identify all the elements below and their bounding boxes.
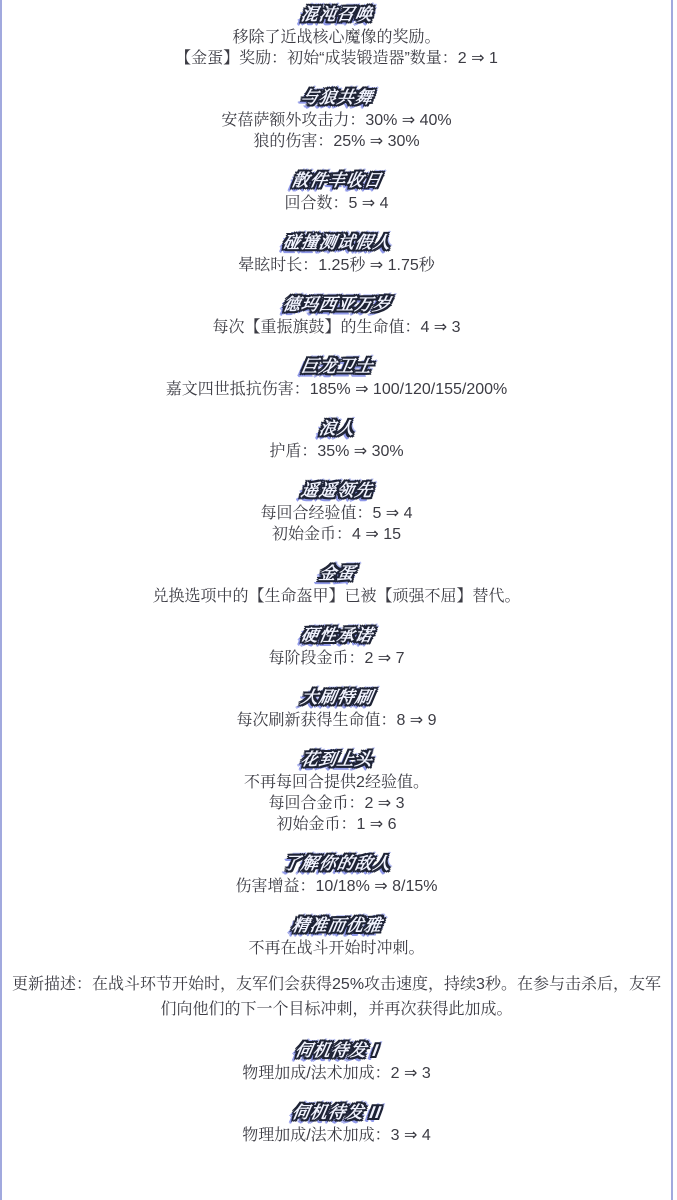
augment-title: 花到上头 [6, 751, 667, 769]
change-line: 回合数：5 ⇒ 4 [6, 193, 667, 214]
augment-title: 金蛋 [6, 565, 667, 583]
augment-title: 碰撞测试假人 [6, 234, 667, 252]
patch-section-12: 了解你的敌人 伤害增益：10/18% ⇒ 8/15% [6, 855, 667, 897]
patch-section-2: 散件丰收日 回合数：5 ⇒ 4 [6, 172, 667, 214]
augment-title: 精准而优雅 [6, 917, 667, 935]
patch-section-10: 大刷特刷 每次刷新获得生命值：8 ⇒ 9 [6, 689, 667, 731]
augment-title-text: 遥遥领先 [299, 482, 374, 500]
augment-title: 散件丰收日 [6, 172, 667, 190]
patch-section-7: 遥遥领先 每回合经验值：5 ⇒ 4初始金币：4 ⇒ 15 [6, 482, 667, 545]
change-line: 每阶段金币：2 ⇒ 7 [6, 648, 667, 669]
augment-title: 硬性承诺 [6, 627, 667, 645]
augment-title-text: 散件丰收日 [290, 172, 383, 190]
patch-section-1: 与狼共舞 安蓓萨额外攻击力：30% ⇒ 40%狼的伤害：25% ⇒ 30% [6, 89, 667, 152]
change-line: 护盾：35% ⇒ 30% [6, 441, 667, 462]
augment-title: 德玛西亚万岁 [6, 296, 667, 314]
change-line: 每回合经验值：5 ⇒ 4 [6, 503, 667, 524]
augment-title-text: 巨龙卫士 [299, 358, 374, 376]
augment-title-text: 精准而优雅 [290, 917, 383, 935]
patch-notes-page: 混沌召唤 移除了近战核心魔像的奖励。【金蛋】奖励：初始“成装锻造器”数量：2 ⇒… [0, 0, 673, 1200]
augment-title-text: 硬性承诺 [299, 627, 374, 645]
augment-title: 与狼共舞 [6, 89, 667, 107]
change-line: 初始金币：1 ⇒ 6 [6, 814, 667, 835]
change-line: 不再每回合提供2经验值。 [6, 772, 667, 793]
change-line: 晕眩时长：1.25秒 ⇒ 1.75秒 [6, 255, 667, 276]
change-line: 狼的伤害：25% ⇒ 30% [6, 131, 667, 152]
patch-section-5: 巨龙卫士 嘉文四世抵抗伤害：185% ⇒ 100/120/155/200% [6, 358, 667, 400]
change-line: 物理加成/法术加成：2 ⇒ 3 [6, 1063, 667, 1084]
augment-title-text: 浪人 [317, 420, 356, 438]
augment-title: 伺机待发 II [6, 1104, 667, 1122]
change-line: 每次【重振旗鼓】的生命值：4 ⇒ 3 [6, 317, 667, 338]
patch-section-6: 浪人 护盾：35% ⇒ 30% [6, 420, 667, 462]
augment-title: 伺机待发 I [6, 1042, 667, 1060]
patch-section-13: 精准而优雅 不再在战斗开始时冲刺。更新描述：在战斗环节开始时，友军们会获得25%… [6, 917, 667, 1022]
patch-section-11: 花到上头 不再每回合提供2经验值。每回合金币：2 ⇒ 3初始金币：1 ⇒ 6 [6, 751, 667, 835]
change-line: 移除了近战核心魔像的奖励。 [6, 27, 667, 48]
augment-title: 浪人 [6, 420, 667, 438]
augment-title: 混沌召唤 [6, 6, 667, 24]
patch-section-15: 伺机待发 II 物理加成/法术加成：3 ⇒ 4 [6, 1104, 667, 1146]
change-line: 【金蛋】奖励：初始“成装锻造器”数量：2 ⇒ 1 [6, 48, 667, 69]
change-line: 嘉文四世抵抗伤害：185% ⇒ 100/120/155/200% [6, 379, 667, 400]
augment-title-text: 德玛西亚万岁 [281, 296, 392, 314]
change-line: 每回合金币：2 ⇒ 3 [6, 793, 667, 814]
change-line: 兑换选项中的【生命盔甲】已被【顽强不屈】替代。 [6, 586, 667, 607]
change-line: 不再在战斗开始时冲刺。 [6, 938, 667, 959]
patch-section-9: 硬性承诺 每阶段金币：2 ⇒ 7 [6, 627, 667, 669]
change-line: 初始金币：4 ⇒ 15 [6, 524, 667, 545]
patch-section-0: 混沌召唤 移除了近战核心魔像的奖励。【金蛋】奖励：初始“成装锻造器”数量：2 ⇒… [6, 6, 667, 69]
change-line: 安蓓萨额外攻击力：30% ⇒ 40% [6, 110, 667, 131]
patch-section-3: 碰撞测试假人 晕眩时长：1.25秒 ⇒ 1.75秒 [6, 234, 667, 276]
augment-title-text: 混沌召唤 [299, 6, 374, 24]
augment-title-text: 花到上头 [299, 751, 374, 769]
augment-title: 遥遥领先 [6, 482, 667, 500]
change-line: 每次刷新获得生命值：8 ⇒ 9 [6, 710, 667, 731]
change-line: 物理加成/法术加成：3 ⇒ 4 [6, 1125, 667, 1146]
patch-section-4: 德玛西亚万岁 每次【重振旗鼓】的生命值：4 ⇒ 3 [6, 296, 667, 338]
augment-title-text: 伺机待发 I [293, 1042, 380, 1060]
augment-title-text: 大刷特刷 [299, 689, 374, 707]
augment-title: 巨龙卫士 [6, 358, 667, 376]
augment-title-text: 金蛋 [317, 565, 356, 583]
augment-title: 了解你的敌人 [6, 855, 667, 873]
augment-title-text: 伺机待发 II [290, 1104, 382, 1122]
patch-section-8: 金蛋 兑换选项中的【生命盔甲】已被【顽强不屈】替代。 [6, 565, 667, 607]
augment-title: 大刷特刷 [6, 689, 667, 707]
augment-title-text: 了解你的敌人 [281, 855, 392, 873]
augment-title-text: 碰撞测试假人 [281, 234, 392, 252]
augment-title-text: 与狼共舞 [299, 89, 374, 107]
change-line: 更新描述：在战斗环节开始时，友军们会获得25%攻击速度，持续3秒。在参与击杀后，… [6, 972, 667, 1022]
change-line: 伤害增益：10/18% ⇒ 8/15% [6, 876, 667, 897]
patch-section-14: 伺机待发 I 物理加成/法术加成：2 ⇒ 3 [6, 1042, 667, 1084]
